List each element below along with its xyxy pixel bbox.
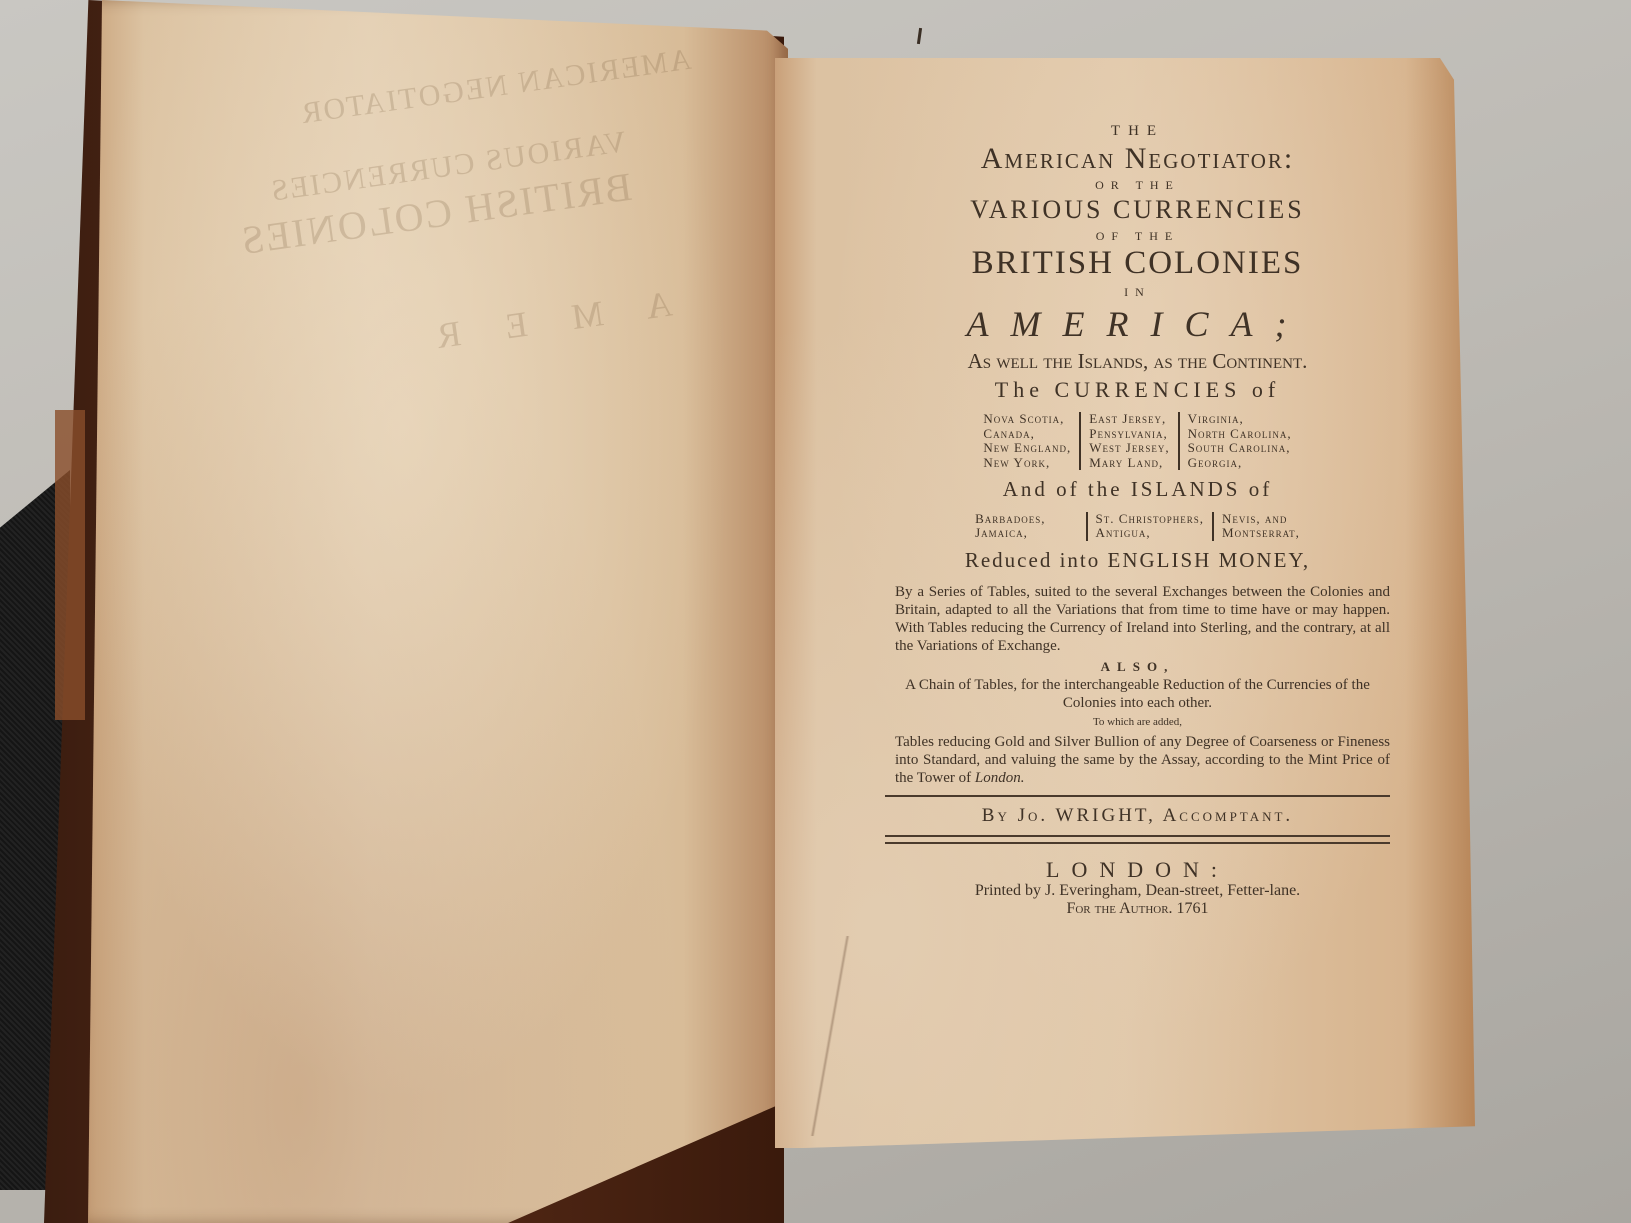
- island-name: Antigua,: [1096, 526, 1205, 541]
- show-through-text: AMERICAN NEGOTIATOR: [298, 43, 694, 132]
- divider-rule: [885, 795, 1390, 797]
- island-column: St. Christophers, Antigua,: [1086, 512, 1213, 541]
- america-heading: AMERICA;: [885, 304, 1390, 344]
- title-the: THE: [885, 123, 1390, 140]
- islands-heading: And of the ISLANDS of: [885, 478, 1390, 502]
- islands-continent-line: As well the Islands, as the Continent.: [885, 350, 1390, 374]
- double-divider-rule: [885, 835, 1390, 844]
- imprint-date: For the Author. 1761: [885, 900, 1390, 918]
- cover-leather-edge: [55, 410, 85, 720]
- colony-name: Pensylvania,: [1089, 427, 1169, 442]
- colony-name: South Carolina,: [1188, 441, 1292, 456]
- or-the: OR THE: [885, 179, 1390, 192]
- island-name: Montserrat,: [1222, 526, 1300, 541]
- reduced-english-money: Reduced into ENGLISH MONEY,: [885, 549, 1390, 573]
- island-column: Nevis, and Montserrat,: [1212, 512, 1308, 541]
- subtitle-line2: BRITISH COLONIES: [885, 245, 1390, 282]
- colony-name: East Jersey,: [1089, 412, 1169, 427]
- in-word: IN: [885, 286, 1390, 299]
- colony-name: North Carolina,: [1188, 427, 1292, 442]
- colony-name: West Jersey,: [1089, 441, 1169, 456]
- page-crease: [795, 936, 865, 1136]
- imprint-printer: Printed by J. Everingham, Dean-street, F…: [885, 882, 1390, 900]
- surface-mark: [917, 28, 922, 44]
- chain-paragraph: A Chain of Tables, for the interchangeab…: [885, 676, 1390, 712]
- to-which-added: To which are added,: [885, 716, 1390, 728]
- island-colonies-list: Barbadoes, Jamaica, St. Christophers, An…: [885, 512, 1390, 541]
- main-title: American Negotiator:: [885, 142, 1390, 176]
- london-italic: London.: [975, 770, 1025, 786]
- bullion-text: Tables reducing Gold and Silver Bullion …: [895, 734, 1390, 787]
- colony-column: Nova Scotia, Canada, New England, New Yo…: [975, 412, 1079, 470]
- show-through-text: A M E R: [416, 282, 674, 359]
- island-name: Jamaica,: [975, 526, 1045, 541]
- colony-name: Canada,: [983, 427, 1071, 442]
- colony-name: New England,: [983, 441, 1071, 456]
- imprint-city: LONDON:: [885, 858, 1390, 883]
- colony-name: Virginia,: [1188, 412, 1292, 427]
- of-the: OF THE: [885, 230, 1390, 243]
- title-page-text: THE American Negotiator: OR THE VARIOUS …: [885, 123, 1390, 918]
- colony-name: Mary Land,: [1089, 456, 1169, 471]
- also-heading: ALSO,: [885, 660, 1390, 675]
- colony-name: Nova Scotia,: [983, 412, 1071, 427]
- continent-colonies-list: Nova Scotia, Canada, New England, New Yo…: [885, 412, 1390, 470]
- tables-paragraph: By a Series of Tables, suited to the sev…: [895, 583, 1390, 656]
- author-byline: By Jo. WRIGHT, Accomptant.: [885, 805, 1390, 826]
- left-endpaper: AMERICAN NEGOTIATOR VARIOUS CURRENCIES B…: [88, 0, 788, 1223]
- island-name: Barbadoes,: [975, 512, 1045, 527]
- bullion-paragraph: Tables reducing Gold and Silver Bullion …: [895, 733, 1390, 788]
- colony-column: Virginia, North Carolina, South Carolina…: [1178, 412, 1300, 470]
- currencies-of-heading: The CURRENCIES of: [885, 378, 1390, 403]
- colony-name: Georgia,: [1188, 456, 1292, 471]
- subtitle-line1: VARIOUS CURRENCIES: [885, 195, 1390, 224]
- title-page: THE American Negotiator: OR THE VARIOUS …: [775, 58, 1475, 1148]
- colony-column: East Jersey, Pensylvania, West Jersey, M…: [1079, 412, 1177, 470]
- island-column: Barbadoes, Jamaica,: [967, 512, 1085, 541]
- island-name: St. Christophers,: [1096, 512, 1205, 527]
- island-name: Nevis, and: [1222, 512, 1300, 527]
- colony-name: New York,: [983, 456, 1071, 471]
